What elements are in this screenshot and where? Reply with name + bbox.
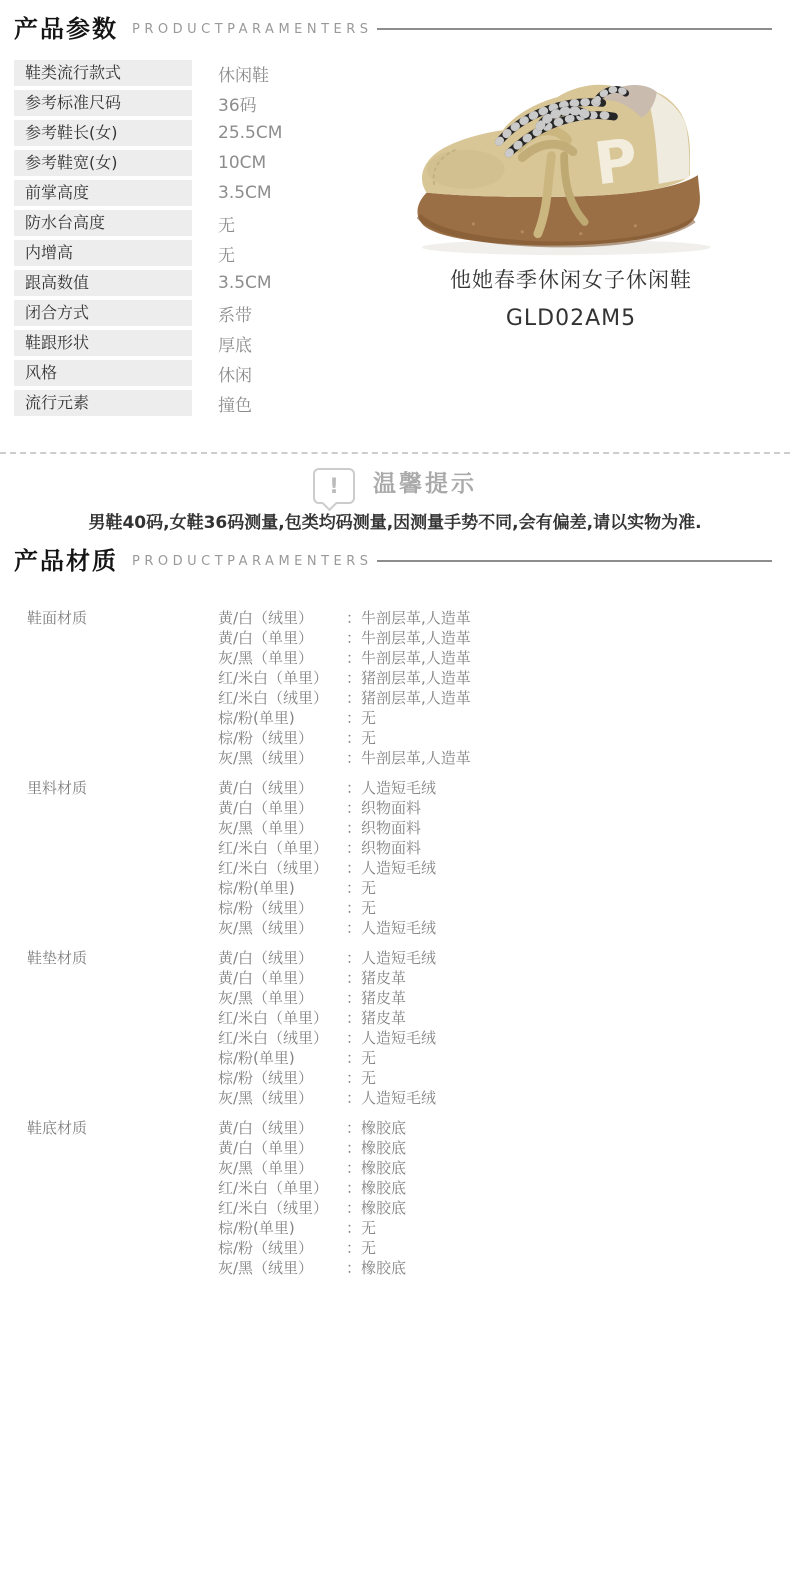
- material-variant-name: 红/米白（绒里）: [218, 688, 346, 708]
- product-detail-page: 产品参数 PRODUCTPARAMENTERS 鞋类流行款式 休闲鞋 参考标准尺…: [0, 0, 790, 1278]
- material-row: 红/米白（绒里） ：人造短毛绒: [218, 1028, 790, 1048]
- material-value: ：猪皮革: [346, 988, 406, 1008]
- material-value: ：织物面料: [346, 798, 421, 818]
- material-variant-name: 黄/白（绒里）: [218, 608, 346, 628]
- material-group: 里料材质 黄/白（绒里） ：人造短毛绒 黄/白（单里） ：织物面料 灰/黑（单里…: [27, 778, 790, 938]
- material-row: 红/米白（绒里） ：橡胶底: [218, 1198, 790, 1218]
- material-row: 灰/黑（绒里） ：人造短毛绒: [218, 1088, 790, 1108]
- parameter-label: 内增高: [14, 240, 192, 266]
- product-visual: P 他她春季休闲女子休闲鞋 GLD02AM: [372, 60, 770, 331]
- parameters-section: 鞋类流行款式 休闲鞋 参考标准尺码 36码 参考鞋长(女) 25.5CM 参考鞋…: [0, 52, 790, 422]
- material-variant-name: 红/米白（绒里）: [218, 1028, 346, 1048]
- material-value: ：无: [346, 1238, 376, 1258]
- material-group-label: 鞋面材质: [27, 608, 218, 628]
- tips-text: 男鞋40码,女鞋36码测量,包类均码测量,因测量手势不同,会有偏差,请以实物为准…: [0, 512, 790, 534]
- material-variant-name: 灰/黑（绒里）: [218, 1258, 346, 1278]
- material-value: ：无: [346, 728, 376, 748]
- parameter-label: 风格: [14, 360, 192, 386]
- material-value: ：牛剖层革,人造革: [346, 748, 471, 768]
- parameter-value: 36码: [218, 91, 257, 116]
- material-row: 黄/白（单里） ：猪皮革: [218, 968, 790, 988]
- tips-title: 温馨提示: [373, 464, 477, 504]
- material-row: 黄/白（单里） ：橡胶底: [218, 1138, 790, 1158]
- material-row: 棕/粉（绒里） ：无: [218, 1068, 790, 1088]
- material-value: ：无: [346, 1048, 376, 1068]
- material-group-label: 里料材质: [27, 778, 218, 798]
- parameter-label: 参考鞋宽(女): [14, 150, 192, 176]
- material-row: 灰/黑（单里） ：牛剖层革,人造革: [218, 648, 790, 668]
- material-variant-name: 灰/黑（绒里）: [218, 748, 346, 768]
- material-variant-name: 灰/黑（单里）: [218, 648, 346, 668]
- section-header-parameters: 产品参数 PRODUCTPARAMENTERS: [0, 0, 790, 52]
- material-row: 棕/粉(单里) ：无: [218, 708, 790, 728]
- material-value: ：橡胶底: [346, 1158, 406, 1178]
- exclamation-bubble-icon: !: [313, 468, 355, 504]
- parameter-value: 撞色: [218, 391, 252, 416]
- material-rows: 黄/白（绒里） ：人造短毛绒 黄/白（单里） ：织物面料 灰/黑（单里） ：织物…: [218, 778, 790, 938]
- material-value: ：牛剖层革,人造革: [346, 628, 471, 648]
- material-variant-name: 红/米白（单里）: [218, 668, 346, 688]
- parameter-value: 无: [218, 211, 235, 236]
- material-group-label: 鞋垫材质: [27, 948, 218, 968]
- parameter-row: 风格 休闲: [14, 360, 790, 386]
- material-variant-name: 棕/粉（绒里）: [218, 898, 346, 918]
- material-row: 黄/白（单里） ：织物面料: [218, 798, 790, 818]
- product-name: 他她春季休闲女子休闲鞋: [372, 264, 770, 294]
- material-variant-name: 棕/粉(单里): [218, 1218, 346, 1238]
- material-variant-name: 棕/粉(单里): [218, 708, 346, 728]
- parameter-label: 鞋类流行款式: [14, 60, 192, 86]
- material-variant-name: 棕/粉(单里): [218, 1048, 346, 1068]
- parameter-value: 3.5CM: [218, 183, 272, 203]
- material-variant-name: 棕/粉(单里): [218, 878, 346, 898]
- material-value: ：无: [346, 708, 376, 728]
- material-variant-name: 黄/白（单里）: [218, 1138, 346, 1158]
- parameter-label: 参考标准尺码: [14, 90, 192, 116]
- parameter-value: 10CM: [218, 153, 266, 173]
- material-group-label: 鞋底材质: [27, 1118, 218, 1138]
- material-value: ：织物面料: [346, 818, 421, 838]
- material-value: ：人造短毛绒: [346, 918, 436, 938]
- section-underline: [377, 28, 772, 30]
- material-row: 红/米白（绒里） ：人造短毛绒: [218, 858, 790, 878]
- material-row: 棕/粉(单里) ：无: [218, 878, 790, 898]
- material-variant-name: 红/米白（单里）: [218, 838, 346, 858]
- parameter-value: 休闲: [218, 361, 252, 386]
- material-row: 灰/黑（单里） ：猪皮革: [218, 988, 790, 1008]
- material-row: 红/米白（绒里） ：猪剖层革,人造革: [218, 688, 790, 708]
- material-value: ：人造短毛绒: [346, 1028, 436, 1048]
- parameter-value: 25.5CM: [218, 123, 282, 143]
- product-shoe-image: P: [401, 60, 741, 260]
- material-variant-name: 灰/黑（单里）: [218, 1158, 346, 1178]
- parameter-row: 鞋跟形状 厚底: [14, 330, 790, 356]
- materials-section: 鞋面材质 黄/白（绒里） ：牛剖层革,人造革 黄/白（单里） ：牛剖层革,人造革…: [0, 608, 790, 1278]
- material-group: 鞋面材质 黄/白（绒里） ：牛剖层革,人造革 黄/白（单里） ：牛剖层革,人造革…: [27, 608, 790, 768]
- material-row: 黄/白（绒里） ：人造短毛绒: [218, 948, 790, 968]
- material-variant-name: 棕/粉（绒里）: [218, 1238, 346, 1258]
- dashed-divider: [0, 452, 790, 454]
- section-title-materials: 产品材质: [14, 546, 118, 576]
- parameter-label: 闭合方式: [14, 300, 192, 326]
- material-value: ：人造短毛绒: [346, 778, 436, 798]
- material-variant-name: 灰/黑（绒里）: [218, 1088, 346, 1108]
- material-variant-name: 红/米白（绒里）: [218, 1198, 346, 1218]
- material-variant-name: 棕/粉（绒里）: [218, 728, 346, 748]
- material-value: ：猪剖层革,人造革: [346, 688, 471, 708]
- material-rows: 黄/白（绒里） ：牛剖层革,人造革 黄/白（单里） ：牛剖层革,人造革 灰/黑（…: [218, 608, 790, 768]
- section-header-materials: 产品材质 PRODUCTPARAMENTERS: [0, 534, 790, 584]
- parameter-label: 参考鞋长(女): [14, 120, 192, 146]
- material-variant-name: 灰/黑（单里）: [218, 818, 346, 838]
- parameter-value: 无: [218, 241, 235, 266]
- material-value: ：织物面料: [346, 838, 421, 858]
- material-value: ：橡胶底: [346, 1118, 406, 1138]
- material-row: 黄/白（绒里） ：人造短毛绒: [218, 778, 790, 798]
- material-value: ：橡胶底: [346, 1258, 406, 1278]
- material-row: 红/米白（单里） ：织物面料: [218, 838, 790, 858]
- material-value: ：无: [346, 1068, 376, 1088]
- material-value: ：无: [346, 898, 376, 918]
- material-row: 灰/黑（绒里） ：橡胶底: [218, 1258, 790, 1278]
- material-value: ：猪剖层革,人造革: [346, 668, 471, 688]
- material-variant-name: 黄/白（绒里）: [218, 778, 346, 798]
- bubble-tail: [322, 496, 338, 512]
- material-row: 黄/白（绒里） ：牛剖层革,人造革: [218, 608, 790, 628]
- material-row: 棕/粉(单里) ：无: [218, 1218, 790, 1238]
- section-title-parameters: 产品参数: [14, 14, 118, 44]
- material-variant-name: 棕/粉（绒里）: [218, 1068, 346, 1088]
- material-variant-name: 黄/白（单里）: [218, 798, 346, 818]
- material-row: 棕/粉（绒里） ：无: [218, 1238, 790, 1258]
- tips-section: ! 温馨提示 男鞋40码,女鞋36码测量,包类均码测量,因测量手势不同,会有偏差…: [0, 464, 790, 534]
- material-variant-name: 黄/白（绒里）: [218, 1118, 346, 1138]
- section-subtitle-materials: PRODUCTPARAMENTERS: [132, 554, 373, 569]
- material-variant-name: 黄/白（绒里）: [218, 948, 346, 968]
- material-row: 灰/黑（绒里） ：牛剖层革,人造革: [218, 748, 790, 768]
- material-value: ：猪皮革: [346, 968, 406, 988]
- material-group: 鞋垫材质 黄/白（绒里） ：人造短毛绒 黄/白（单里） ：猪皮革 灰/黑（单里）…: [27, 948, 790, 1108]
- material-variant-name: 红/米白（绒里）: [218, 858, 346, 878]
- parameter-label: 防水台高度: [14, 210, 192, 236]
- material-row: 黄/白（单里） ：牛剖层革,人造革: [218, 628, 790, 648]
- parameter-row: 流行元素 撞色: [14, 390, 790, 416]
- parameter-value: 休闲鞋: [218, 61, 269, 86]
- parameter-label: 鞋跟形状: [14, 330, 192, 356]
- material-value: ：牛剖层革,人造革: [346, 648, 471, 668]
- parameter-value: 厚底: [218, 331, 252, 356]
- material-row: 红/米白（单里） ：猪皮革: [218, 1008, 790, 1028]
- material-rows: 黄/白（绒里） ：橡胶底 黄/白（单里） ：橡胶底 灰/黑（单里） ：橡胶底 红…: [218, 1118, 790, 1278]
- material-value: ：人造短毛绒: [346, 858, 436, 878]
- parameter-label: 前掌高度: [14, 180, 192, 206]
- tips-header: ! 温馨提示: [0, 464, 790, 504]
- material-value: ：无: [346, 878, 376, 898]
- material-variant-name: 灰/黑（绒里）: [218, 918, 346, 938]
- material-variant-name: 红/米白（单里）: [218, 1178, 346, 1198]
- section-underline: [377, 560, 772, 562]
- material-variant-name: 灰/黑（单里）: [218, 988, 346, 1008]
- product-model: GLD02AM5: [372, 306, 770, 331]
- material-row: 灰/黑（绒里） ：人造短毛绒: [218, 918, 790, 938]
- material-value: ：猪皮革: [346, 1008, 406, 1028]
- material-value: ：牛剖层革,人造革: [346, 608, 471, 628]
- material-value: ：橡胶底: [346, 1138, 406, 1158]
- material-variant-name: 红/米白（单里）: [218, 1008, 346, 1028]
- material-variant-name: 黄/白（单里）: [218, 628, 346, 648]
- material-row: 灰/黑（单里） ：橡胶底: [218, 1158, 790, 1178]
- parameter-label: 流行元素: [14, 390, 192, 416]
- material-value: ：无: [346, 1218, 376, 1238]
- parameter-value: 系带: [218, 301, 252, 326]
- material-row: 灰/黑（单里） ：织物面料: [218, 818, 790, 838]
- material-row: 棕/粉（绒里） ：无: [218, 898, 790, 918]
- parameter-value: 3.5CM: [218, 273, 272, 293]
- material-group: 鞋底材质 黄/白（绒里） ：橡胶底 黄/白（单里） ：橡胶底 灰/黑（单里） ：…: [27, 1118, 790, 1278]
- material-rows: 黄/白（绒里） ：人造短毛绒 黄/白（单里） ：猪皮革 灰/黑（单里） ：猪皮革…: [218, 948, 790, 1108]
- material-value: ：橡胶底: [346, 1198, 406, 1218]
- material-row: 棕/粉（绒里） ：无: [218, 728, 790, 748]
- material-row: 红/米白（单里） ：橡胶底: [218, 1178, 790, 1198]
- material-variant-name: 黄/白（单里）: [218, 968, 346, 988]
- material-row: 棕/粉(单里) ：无: [218, 1048, 790, 1068]
- parameter-label: 跟高数值: [14, 270, 192, 296]
- material-value: ：人造短毛绒: [346, 948, 436, 968]
- exclamation-glyph: !: [329, 476, 339, 497]
- material-value: ：橡胶底: [346, 1178, 406, 1198]
- shoe-logo-p: P: [591, 126, 642, 199]
- material-row: 红/米白（单里） ：猪剖层革,人造革: [218, 668, 790, 688]
- material-row: 黄/白（绒里） ：橡胶底: [218, 1118, 790, 1138]
- section-subtitle-parameters: PRODUCTPARAMENTERS: [132, 22, 373, 37]
- material-value: ：人造短毛绒: [346, 1088, 436, 1108]
